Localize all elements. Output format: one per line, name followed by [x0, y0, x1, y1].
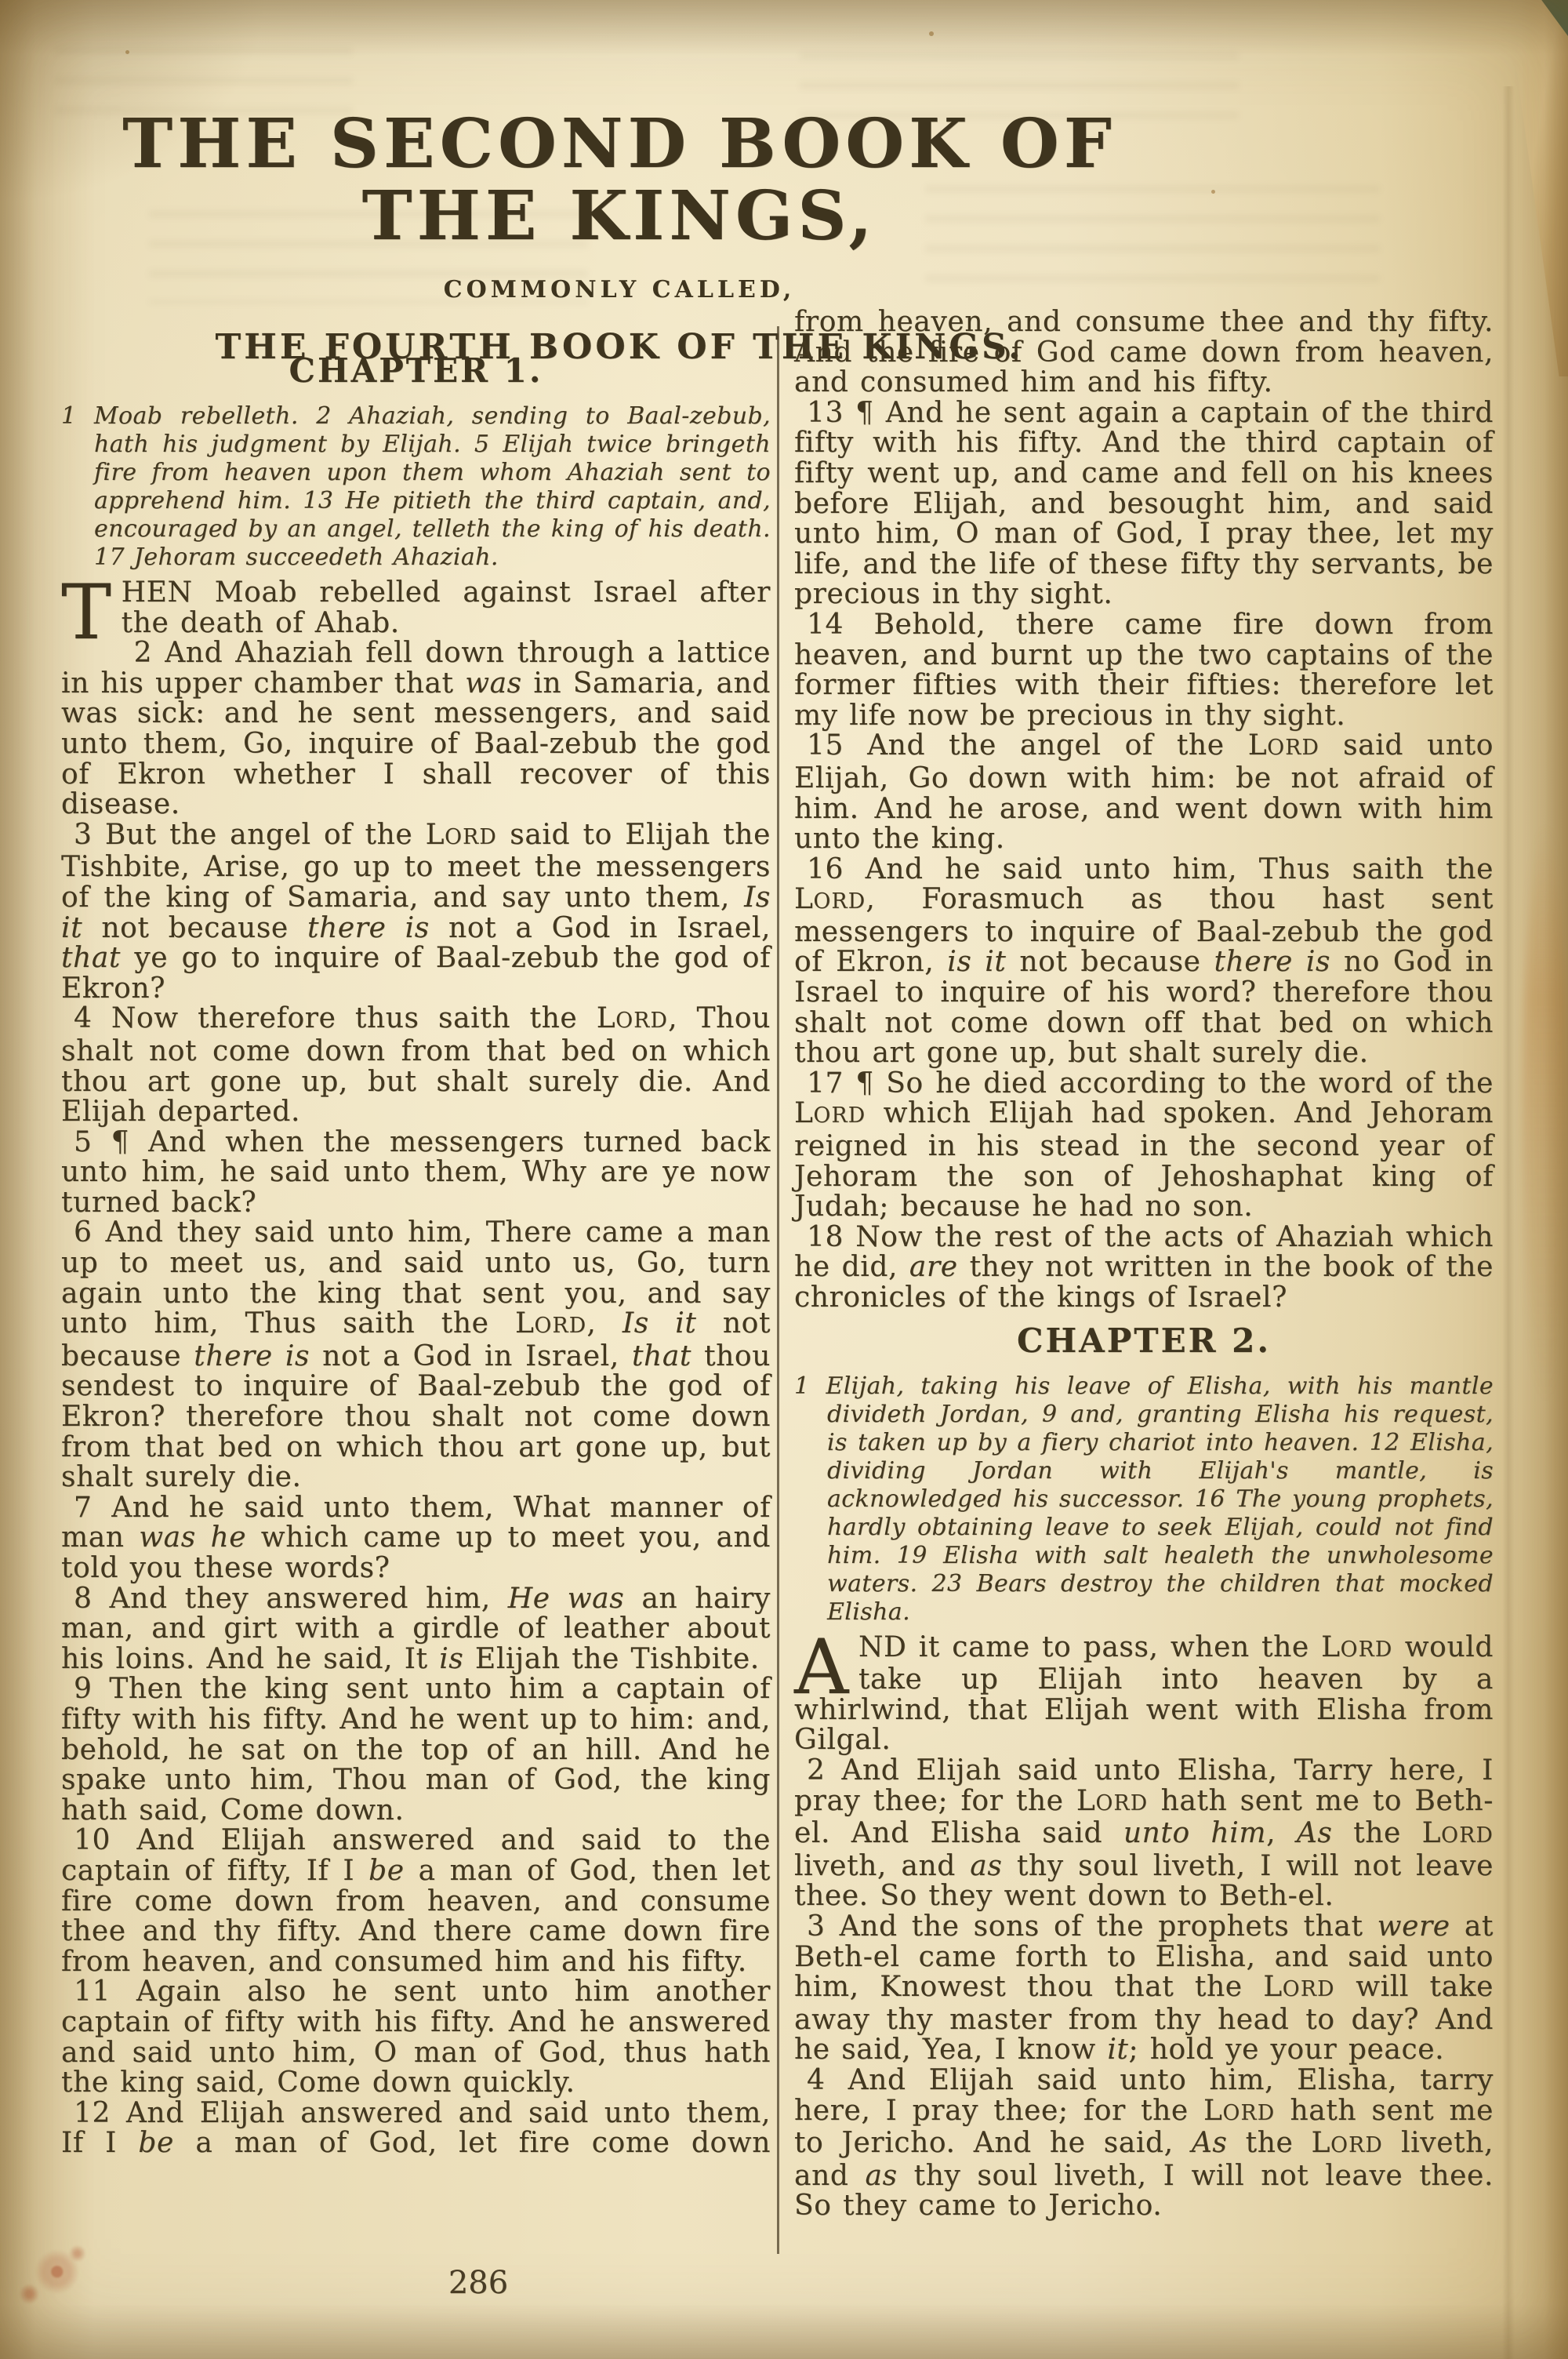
verse-paragraph: THEN Moab rebelled against Israel after …	[61, 578, 771, 638]
left-edge-shade	[0, 0, 35, 2359]
bottom-edge-shade	[0, 2304, 1568, 2359]
chapter-summary: 1 Elijah, taking his leave of Elisha, wi…	[794, 1372, 1494, 1627]
chapter-summary: 1 Moab rebelleth. 2 Ahaziah, sending to …	[61, 402, 771, 572]
foxing-stain	[1523, 823, 1568, 1404]
paper-speck	[1211, 190, 1215, 194]
verse-paragraph: 8 And they answered him, He was an hairy…	[61, 1584, 771, 1675]
verse-paragraph: 14 Behold, there came fire down from hea…	[794, 610, 1494, 731]
verse-paragraph: from heaven, and consume thee and thy fi…	[794, 307, 1494, 398]
column-divider-rule	[777, 326, 779, 2254]
page-number: 286	[361, 2265, 596, 2301]
verse-paragraph: 13 ¶ And he sent again a captain of the …	[794, 398, 1494, 610]
bible-page-scan: THE SECOND BOOK OF THE KINGS, COMMONLY C…	[0, 0, 1568, 2359]
chapter-heading: CHAPTER 2.	[794, 1321, 1494, 1360]
verse-paragraph: 2 And Ahaziah fell down through a lattic…	[61, 638, 771, 820]
verse-paragraph: 6 And they said unto him, There came a m…	[61, 1218, 771, 1492]
verse-paragraph: 4 Now therefore thus saith the LORD, Tho…	[61, 1004, 771, 1127]
verse-paragraph: 12 And Elijah answered and said unto the…	[61, 2099, 771, 2159]
verse-paragraph: 9 Then the king sent unto him a captain …	[61, 1674, 771, 1826]
verse-paragraph: 10 And Elijah answered and said to the c…	[61, 1826, 771, 1977]
corner-shadow	[0, 0, 329, 251]
verse-paragraph: 2 And Elijah said unto Elisha, Tarry her…	[794, 1756, 1494, 1912]
verse-paragraph: 7 And he said unto them, What manner of …	[61, 1493, 771, 1584]
text-column-right: from heaven, and consume thee and thy fi…	[794, 307, 1494, 2222]
verse-paragraph: 5 ¶ And when the messengers turned back …	[61, 1128, 771, 1219]
page-crease	[1502, 86, 1515, 2359]
verse-paragraph: 17 ¶ So he died according to the word of…	[794, 1069, 1494, 1223]
commonly-called-label: COMMONLY CALLED,	[43, 276, 1196, 304]
verse-paragraph: 3 And the sons of the prophets that were…	[794, 1912, 1494, 2066]
verse-paragraph: 3 But the angel of the LORD said to Elij…	[61, 820, 771, 1005]
verse-paragraph: 4 And Elijah said unto him, Elisha, tarr…	[794, 2066, 1494, 2222]
chapter-heading: CHAPTER 1.	[61, 351, 771, 390]
verse-paragraph: 18 Now the rest of the acts of Ahaziah w…	[794, 1223, 1494, 1314]
verse-paragraph: 11 Again also he sent unto him another c…	[61, 1977, 771, 2098]
drop-cap: A	[794, 1633, 858, 1696]
verse-paragraph: 16 And he said unto him, Thus saith the …	[794, 855, 1494, 1069]
verse-paragraph: AND it came to pass, when the LORD would…	[794, 1633, 1494, 1756]
text-column-left: CHAPTER 1.1 Moab rebelleth. 2 Ahaziah, s…	[61, 343, 771, 2159]
drop-cap: T	[61, 578, 122, 641]
verse-paragraph: 15 And the angel of the LORD said unto E…	[794, 731, 1494, 854]
